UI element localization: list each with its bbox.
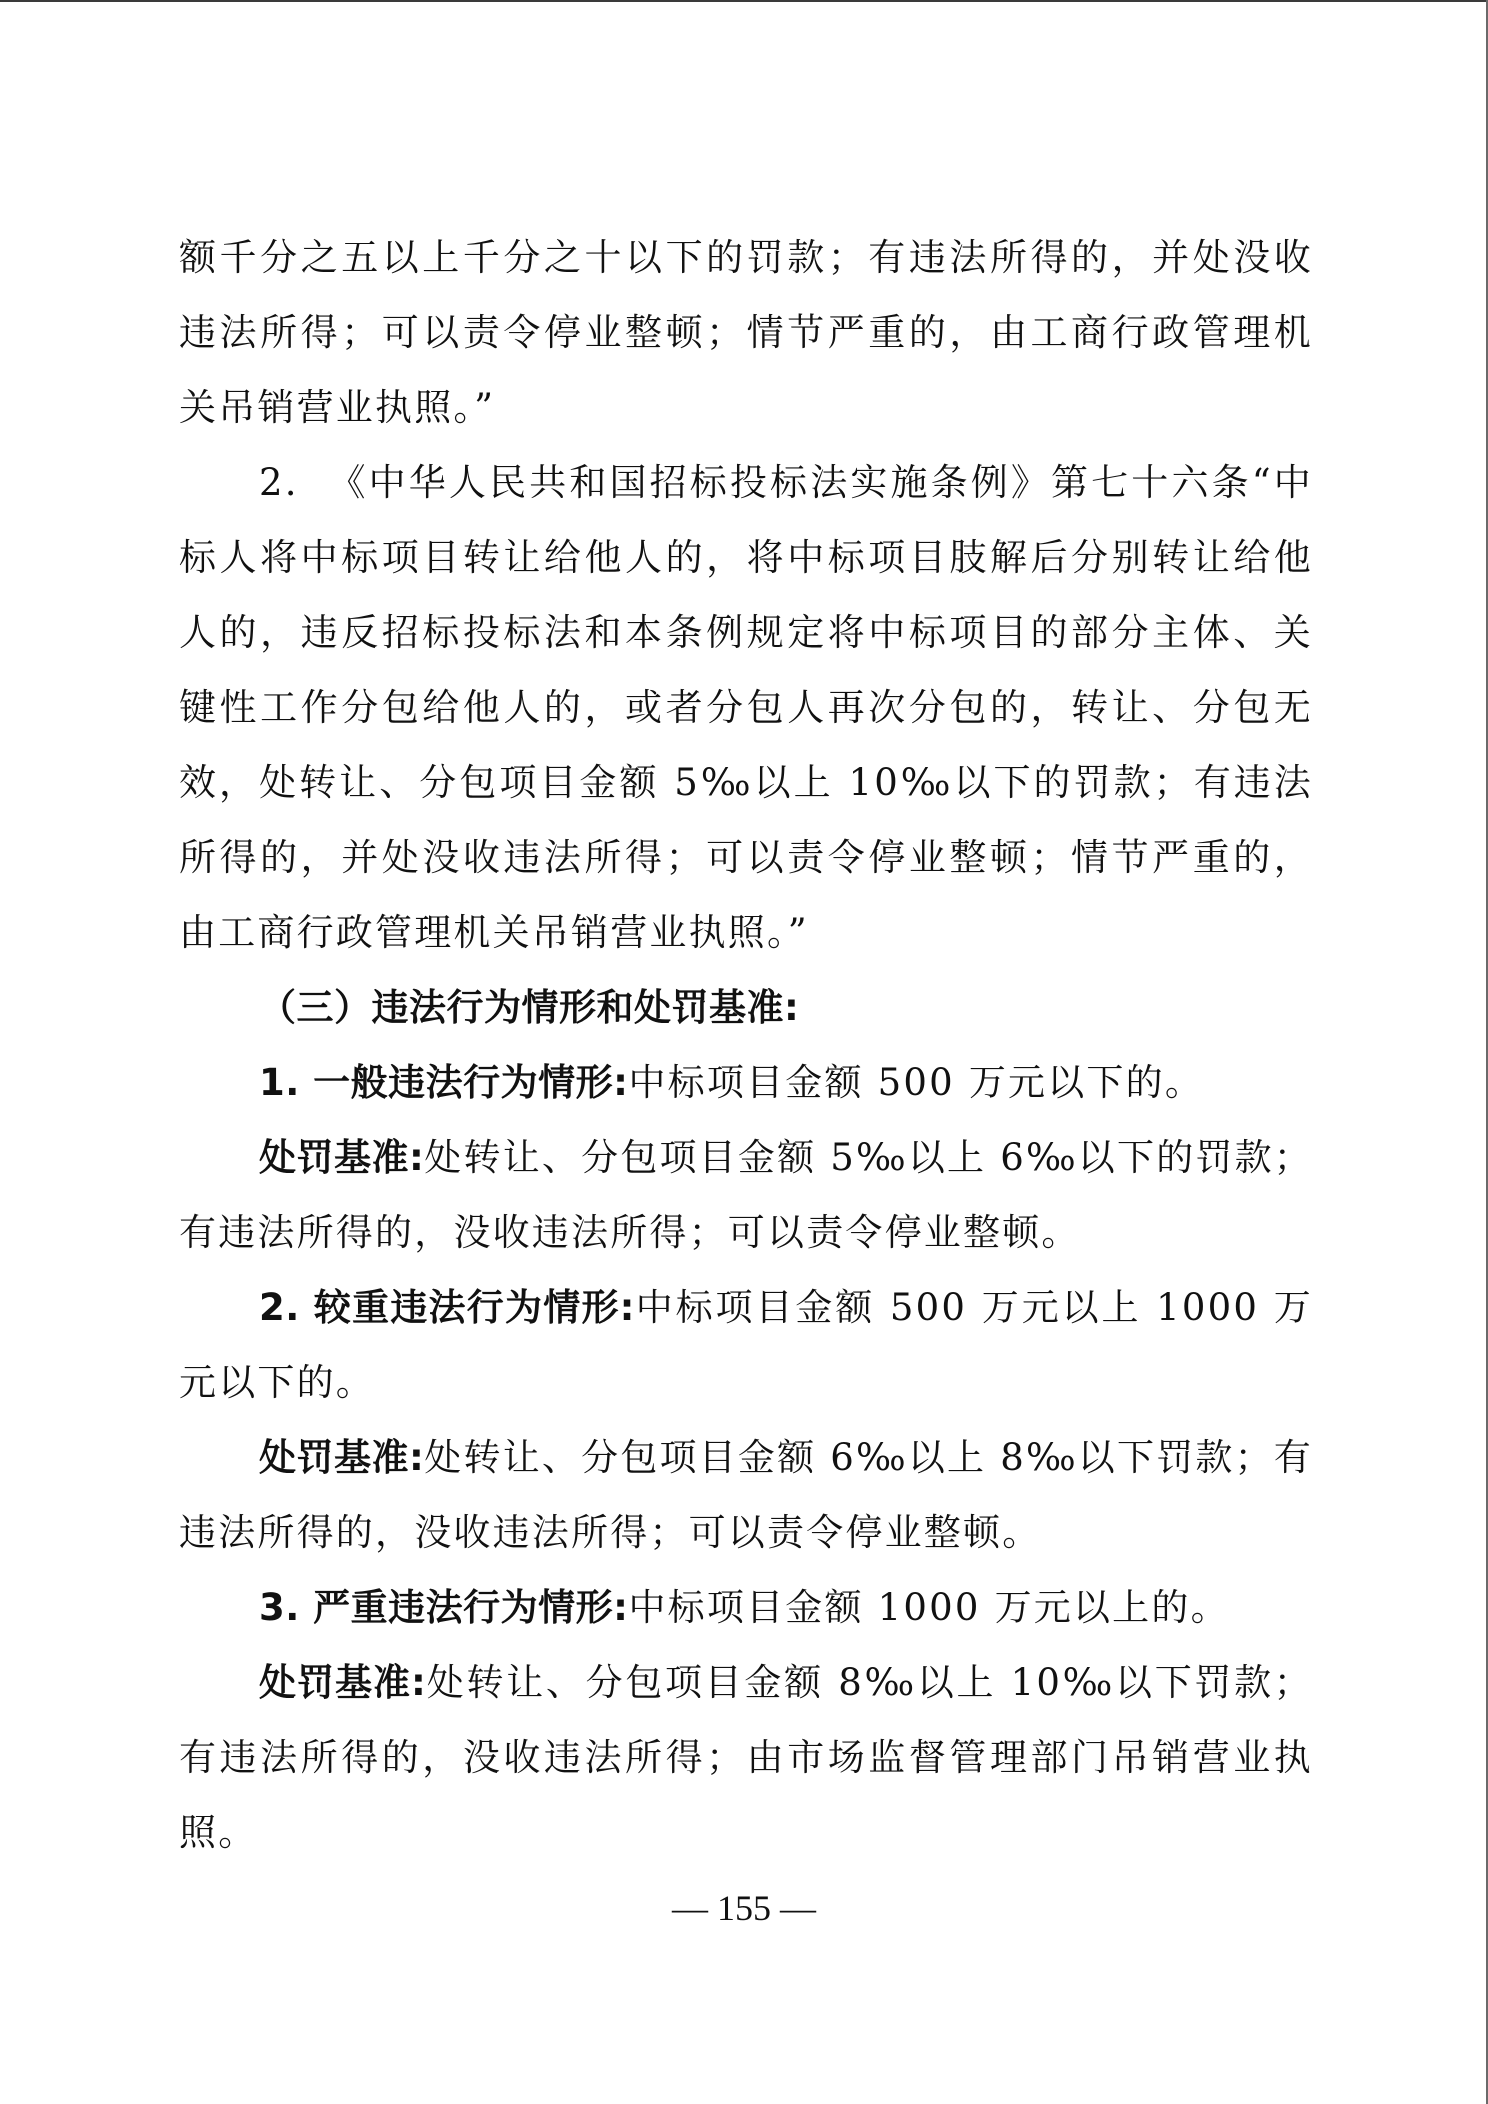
penalty-label: 处罚基准: <box>259 1436 424 1479</box>
item-text: 《中华人民共和国招标投标法实施条例》第七十六条“中标人将中标项目转让给他人的，将… <box>179 461 1313 954</box>
case-3-penalty: 处罚基准:处转让、分包项目金额 8‰以上 10‰以下罚款；有违法所得的，没收违法… <box>179 1645 1313 1870</box>
page-number: — 155 — <box>0 1885 1488 1931</box>
case-text: 中标项目金额 1000 万元以上的。 <box>628 1586 1229 1629</box>
penalty-label: 处罚基准: <box>259 1136 424 1179</box>
penalty-label: 处罚基准: <box>259 1661 426 1704</box>
case-text: 中标项目金额 500 万元以下的。 <box>628 1061 1204 1104</box>
case-2-condition: 2. 较重违法行为情形:中标项目金额 500 万元以上 1000 万元以下的。 <box>179 1270 1313 1420</box>
case-label: 2. 较重违法行为情形: <box>259 1286 635 1329</box>
case-1-penalty: 处罚基准:处转让、分包项目金额 5‰以上 6‰以下的罚款；有违法所得的，没收违法… <box>179 1120 1313 1270</box>
case-3-condition: 3. 严重违法行为情形:中标项目金额 1000 万元以上的。 <box>179 1570 1313 1645</box>
case-1-condition: 1. 一般违法行为情形:中标项目金额 500 万元以下的。 <box>179 1045 1313 1120</box>
continuation-paragraph: 额千分之五以上千分之十以下的罚款；有违法所得的，并处没收违法所得；可以责令停业整… <box>179 220 1313 445</box>
regulation-item-2: 2. 《中华人民共和国招标投标法实施条例》第七十六条“中标人将中标项目转让给他人… <box>179 445 1313 970</box>
section-heading: （三）违法行为情形和处罚基准: <box>179 970 1313 1045</box>
case-label: 1. 一般违法行为情形: <box>259 1061 628 1104</box>
item-number: 2. <box>259 461 299 504</box>
case-2-penalty: 处罚基准:处转让、分包项目金额 6‰以上 8‰以下罚款；有违法所得的，没收违法所… <box>179 1420 1313 1570</box>
document-page: 额千分之五以上千分之十以下的罚款；有违法所得的，并处没收违法所得；可以责令停业整… <box>179 220 1313 1870</box>
page-border-top <box>0 0 1488 2</box>
case-label: 3. 严重违法行为情形: <box>259 1586 628 1629</box>
